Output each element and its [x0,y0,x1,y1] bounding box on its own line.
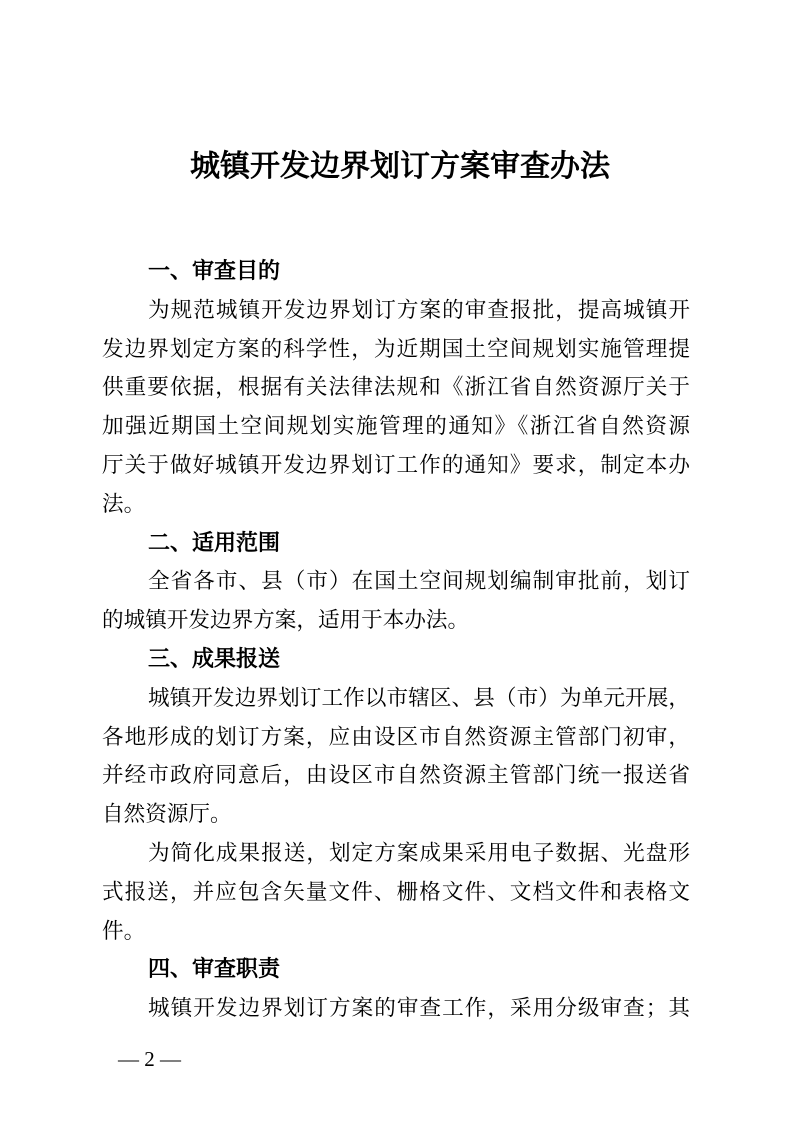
paragraph-line: 并经市政府同意后，由设区市自然资源主管部门统一报送省 [102,756,690,795]
paragraph-line: 法。 [102,485,690,524]
section-heading: 一、审查目的 [102,252,690,291]
section-heading: 三、成果报送 [102,640,690,679]
paragraph-line: 件。 [102,912,690,951]
section-heading: 四、审查职责 [102,950,690,989]
paragraph-line: 发边界划定方案的科学性，为近期国土空间规划实施管理提 [102,330,690,369]
document-title: 城镇开发边界划订方案审查办法 [0,144,800,190]
document-body: 一、审查目的为规范城镇开发边界划订方案的审查报批，提高城镇开发边界划定方案的科学… [102,252,690,1028]
paragraph-line: 全省各市、县（市）在国土空间规划编制审批前，划订 [102,562,690,601]
paragraph: 城镇开发边界划订工作以市辖区、县（市）为单元开展，各地形成的划订方案，应由设区市… [102,679,690,834]
paragraph: 城镇开发边界划订方案的审查工作，采用分级审查；其 [102,989,690,1028]
paragraph-line: 各地形成的划订方案，应由设区市自然资源主管部门初审， [102,718,690,757]
paragraph-line: 为简化成果报送，划定方案成果采用电子数据、光盘形 [102,834,690,873]
paragraph: 为简化成果报送，划定方案成果采用电子数据、光盘形式报送，并应包含矢量文件、栅格文… [102,834,690,950]
paragraph: 全省各市、县（市）在国土空间规划编制审批前，划订的城镇开发边界方案，适用于本办法… [102,562,690,640]
section-heading: 二、适用范围 [102,524,690,563]
paragraph-line: 为规范城镇开发边界划订方案的审查报批，提高城镇开 [102,291,690,330]
page-number: — 2 — [118,1045,181,1073]
paragraph-line: 城镇开发边界划订工作以市辖区、县（市）为单元开展， [102,679,690,718]
paragraph-line: 供重要依据，根据有关法律法规和《浙江省自然资源厅关于 [102,368,690,407]
paragraph: 为规范城镇开发边界划订方案的审查报批，提高城镇开发边界划定方案的科学性，为近期国… [102,291,690,524]
paragraph-line: 自然资源厅。 [102,795,690,834]
paragraph-line: 加强近期国土空间规划实施管理的通知》《浙江省自然资源 [102,407,690,446]
paragraph-line: 的城镇开发边界方案，适用于本办法。 [102,601,690,640]
paragraph-line: 式报送，并应包含矢量文件、栅格文件、文档文件和表格文 [102,873,690,912]
paragraph-line: 城镇开发边界划订方案的审查工作，采用分级审查；其 [102,989,690,1028]
document-page: 城镇开发边界划订方案审查办法 一、审查目的为规范城镇开发边界划订方案的审查报批，… [0,0,800,1132]
paragraph-line: 厅关于做好城镇开发边界划订工作的通知》要求，制定本办 [102,446,690,485]
